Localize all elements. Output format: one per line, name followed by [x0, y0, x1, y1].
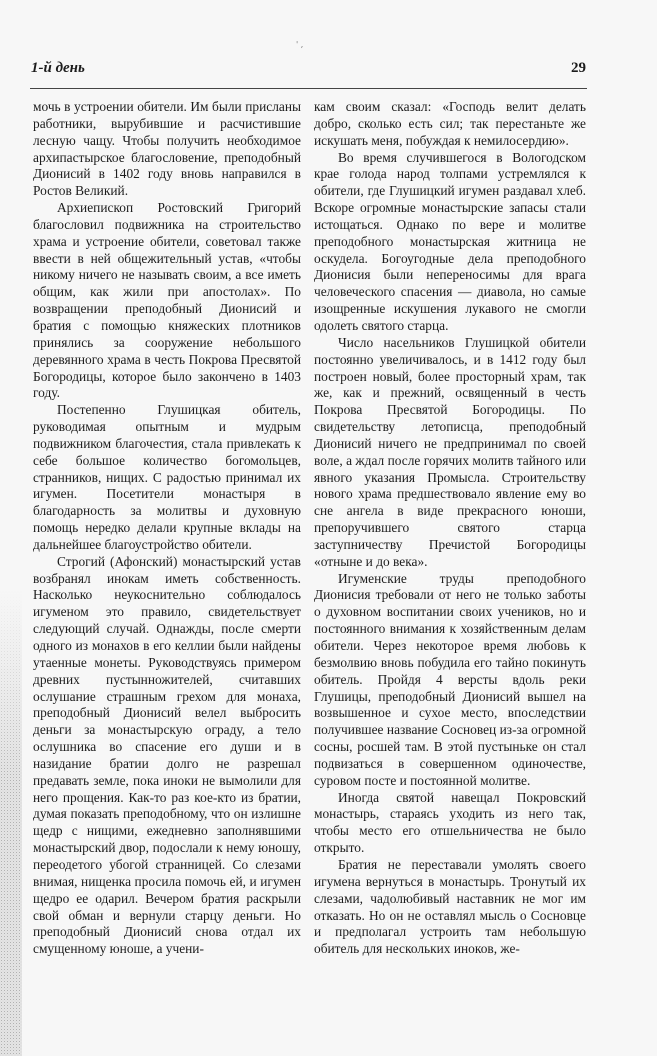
page-number: 29 [571, 60, 586, 77]
paragraph: Братия не переставали умолять своего игу… [314, 857, 586, 958]
running-head: 1-й день 29 [31, 60, 586, 82]
paragraph: Иногда святой навещал Покровский монасты… [314, 790, 586, 857]
paragraph: кам своим сказал: «Господь велит делать … [314, 99, 586, 150]
paragraph: Постепенно Глушицкая обитель, руководима… [33, 402, 301, 554]
paragraph: Архиепископ Ростовский Григорий благосло… [33, 200, 301, 402]
paragraph: Строгий (Афонский) монастырский устав во… [33, 554, 301, 958]
header-rule [30, 88, 587, 89]
paragraph: Во время случившегося в Вологодском крае… [314, 150, 586, 335]
paragraph: Игуменские труды преподобного Дионисия т… [314, 571, 586, 790]
paragraph: Число насельников Глушицкой обители пост… [314, 335, 586, 571]
scan-edge-artifact [0, 590, 22, 1056]
scan-speck: ' , [296, 40, 303, 49]
paragraph: мочь в устроении обители. Им были присла… [33, 99, 301, 200]
section-title: 1-й день [31, 60, 85, 77]
text-column-right: кам своим сказал: «Господь велит делать … [314, 99, 586, 958]
text-column-left: мочь в устроении обители. Им были присла… [33, 99, 301, 958]
